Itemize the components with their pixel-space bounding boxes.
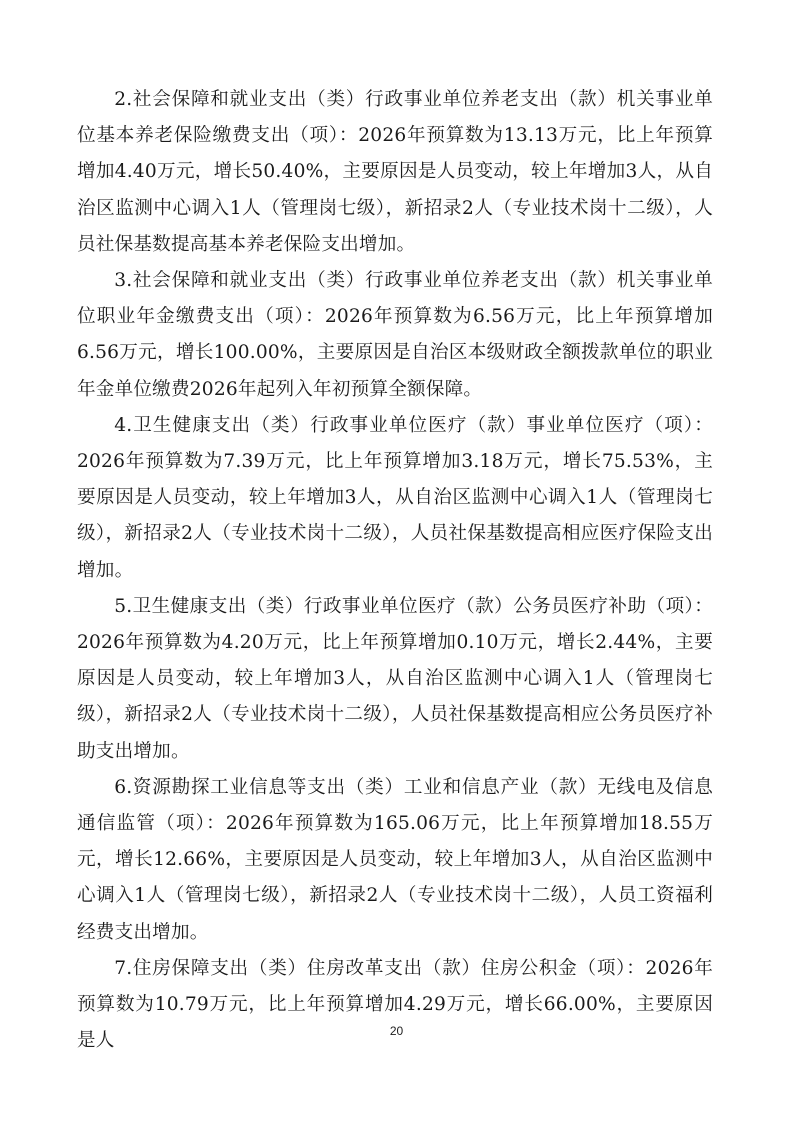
paragraph-item-4: 4.卫生健康支出（类）行政事业单位医疗（款）事业单位医疗（项）：2026年预算数… — [77, 408, 713, 589]
paragraph-item-3: 3.社会保障和就业支出（类）行政事业单位养老支出（款）机关事业单位职业年金缴费支… — [77, 263, 713, 408]
paragraph-item-5: 5.卫生健康支出（类）行政事业单位医疗（款）公务员医疗补助（项）：2026年预算… — [77, 589, 713, 770]
paragraph-item-2: 2.社会保障和就业支出（类）行政事业单位养老支出（款）机关事业单位基本养老保险缴… — [77, 82, 713, 263]
document-body: 2.社会保障和就业支出（类）行政事业单位养老支出（款）机关事业单位基本养老保险缴… — [77, 82, 713, 1059]
paragraph-item-7: 7.住房保障支出（类）住房改革支出（款）住房公积金（项）：2026年预算数为10… — [77, 951, 713, 1060]
paragraph-item-6: 6.资源勘探工业信息等支出（类）工业和信息产业（款）无线电及信息通信监管（项）：… — [77, 770, 713, 951]
page-number: 20 — [0, 1024, 793, 1038]
